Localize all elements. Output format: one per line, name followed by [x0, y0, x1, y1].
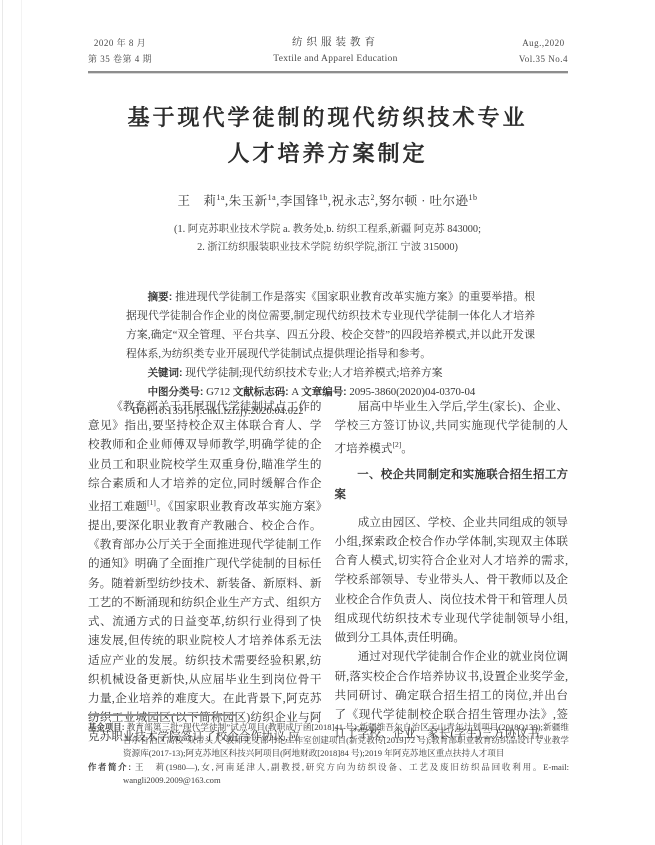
- footnote-block: 基金项目: 教育部第三批“现代学徒制”试点项目(教职成厅函[2018]41 号)…: [88, 721, 569, 787]
- paragraph-intro: 《教育部关于开展现代学徒制试点工作的意见》指出,要坚持校企双主体联合育人、学校教…: [88, 397, 322, 747]
- journal-header: 2020 年 8 月 第 35 卷第 4 期 纺织服装教育 Textile an…: [88, 35, 568, 67]
- keywords: 关键词: 现代学徒制;现代纺织技术专业;人才培养模式;培养方案: [126, 364, 535, 383]
- journal-title-cn: 纺织服装教育: [273, 35, 397, 51]
- article-title-line2: 人才培养方案制定: [0, 136, 655, 172]
- affiliation-line1: (1. 阿克苏职业技术学院 a. 教务处,b. 纺织工程系,新疆 阿克苏 843…: [0, 221, 655, 239]
- journal-title-en: Textile and Apparel Education: [273, 51, 397, 67]
- paragraph-intro-continued: 届高中毕业生入学后,学生(家长)、企业、学校三方签订协议,共同实施现代学徒制的人…: [335, 397, 569, 458]
- footnote-rule: [88, 714, 237, 716]
- body-column-right: 届高中毕业生入学后,学生(家长)、企业、学校三方签订协议,共同实施现代学徒制的人…: [335, 397, 569, 747]
- header-issue-cn: 2020 年 8 月 第 35 卷第 4 期: [88, 35, 152, 67]
- header-date-cn: 2020 年 8 月: [88, 35, 152, 51]
- header-issue-en: Aug.,2020 Vol.35 No.4: [519, 35, 568, 67]
- header-journal-title: 纺织服装教育 Textile and Apparel Education: [273, 35, 397, 67]
- paragraph-section1-a: 成立由园区、学校、企业共同组成的领导小组,探索政企校合作办学体制,实现双主体联合…: [335, 513, 569, 647]
- affiliation-line2: 2. 浙江纺织服装职业技术学院 纺织学院,浙江 宁波 315000): [0, 239, 655, 257]
- header-date-en: Aug.,2020: [519, 35, 568, 51]
- header-volume-en: Vol.35 No.4: [519, 51, 568, 67]
- affiliation: (1. 阿克苏职业技术学院 a. 教务处,b. 纺织工程系,新疆 阿克苏 843…: [0, 221, 655, 256]
- fund-note: 基金项目: 教育部第三批“现代学徒制”试点项目(教职成厅函[2018]41 号)…: [88, 721, 569, 761]
- author-bio-note: 作者简介: 王 莉(1980—),女,河南延津人,副教授,研究方向为纺织设备、工…: [88, 761, 569, 787]
- body-column-left: 《教育部关于开展现代学徒制试点工作的意见》指出,要坚持校企双主体联合育人、学校教…: [88, 397, 322, 747]
- header-rule: [88, 71, 568, 73]
- article-title: 基于现代学徒制的现代纺织技术专业 人才培养方案制定: [0, 100, 655, 172]
- header-volume-cn: 第 35 卷第 4 期: [88, 51, 152, 67]
- body-columns: 《教育部关于开展现代学徒制试点工作的意见》指出,要坚持校企双主体联合育人、学校教…: [88, 397, 568, 747]
- authors-line: 王 莉1a,朱玉新1a,李国锋1b,祝永志2,努尔顿 · 吐尔逊1b: [0, 191, 655, 209]
- article-title-line1: 基于现代学徒制的现代纺织技术专业: [0, 100, 655, 136]
- abstract: 摘要: 推进现代学徒制工作是落实《国家职业教育改革实施方案》的重要举措。根据现代…: [126, 288, 535, 364]
- section-heading-1: 一、校企共同制定和实施联合招生招工方案: [335, 466, 569, 504]
